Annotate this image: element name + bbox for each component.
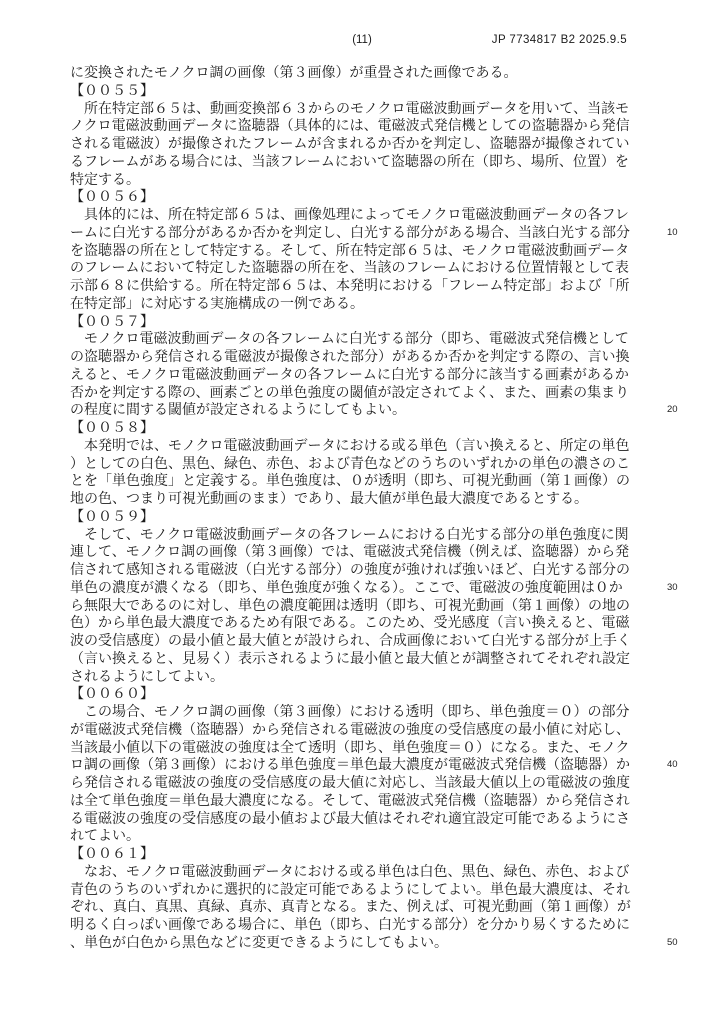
text-line: 色）から単色最大濃度であるため有限である。このため、受光感度（言い換えると、電磁 <box>70 614 646 632</box>
text-line: 明るく白っぽい画像である場合に、単色（即ち、白光する部分）を分かり易くするために <box>70 916 646 934</box>
line-number-marker: 30 <box>667 582 689 594</box>
text-line: される電磁波）が撮像されたフレームが含まれるか否かを判定し、盗聴器が撮像されてい <box>70 135 646 153</box>
text-line: 連して、モノクロ調の画像（第３画像）では、電磁波式発信機（例えば、盗聴器）から発 <box>70 543 646 561</box>
text-line: 在特定部」に対応する実施構成の一例である。 <box>70 295 646 313</box>
text-line: が電磁波式発信機（盗聴器）から発信される電磁波の強度の受信感度の最小値に対応し、 <box>70 721 646 739</box>
text-line: のフレームにおいて特定した盗聴器の所在を、当該のフレームにおける位置情報として表 <box>70 259 646 277</box>
text-line: に変換されたモノクロ調の画像（第３画像）が重畳された画像である。 <box>70 64 646 82</box>
line-number-marker: 20 <box>667 404 689 416</box>
text-line: ）としての白色、黒色、緑色、赤色、および青色などのうちのいずれかの単色の濃さのこ <box>70 455 646 473</box>
text-line: 単色の濃度が濃くなる（即ち、単色強度が強くなる）。ここで、電磁波の強度範囲は０か <box>70 579 646 597</box>
text-line: ームに白光する部分があるか否かを判定し、白光する部分がある場合、当該白光する部分 <box>70 224 646 242</box>
text-line: ぞれ、真白、真黒、真緑、真赤、真青となる。また、例えば、可視光動画（第１画像）が <box>70 898 646 916</box>
text-line: 特定する。 <box>70 171 646 189</box>
text-line: （言い換えると、見易く）表示されるように最小値と最大値とが調整されてそれぞれ設定 <box>70 650 646 668</box>
text-line: なお、モノクロ電磁波動画データにおける或る単色は白色、黒色、緑色、赤色、および <box>70 863 646 881</box>
text-line: 否かを判定する際の、画素ごとの単色強度の閾値が設定されてよく、また、画素の集まり <box>70 384 646 402</box>
text-line: の程度に間する閾値が設定されるようにしてもよい。 <box>70 401 646 419</box>
header-publication-number: JP 7734817 B2 2025.9.5 <box>492 33 627 47</box>
paragraph-number: 【００６０】 <box>70 685 646 703</box>
text-line: この場合、モノクロ調の画像（第３画像）における透明（即ち、単色強度＝０）の部分 <box>70 703 646 721</box>
patent-document-page: (11) JP 7734817 B2 2025.9.5 に変換されたモノクロ調の… <box>0 0 724 1024</box>
text-line: とを「単色強度」と定義する。単色強度は、０が透明（即ち、可視光動画（第１画像）の <box>70 472 646 490</box>
line-number-marker: 40 <box>667 759 689 771</box>
text-line: の盗聴器から発信される電磁波が撮像された部分）があるか否かを判定する際の、言い換 <box>70 348 646 366</box>
body-text: に変換されたモノクロ調の画像（第３画像）が重畳された画像である。【００５５】 所… <box>70 64 646 952</box>
text-line: 具体的には、所在特定部６５は、画像処理によってモノクロ電磁波動画データの各フレ <box>70 206 646 224</box>
text-line: 当該最小値以下の電磁波の強度は全て透明（即ち、単色強度＝０）になる。また、モノク <box>70 739 646 757</box>
text-line: 地の色、つまり可視光動画のまま）であり、最大値が単色最大濃度であるとする。 <box>70 490 646 508</box>
text-line: 示部６８に供給する。所在特定部６５は、本発明における「フレーム特定部」および「所 <box>70 277 646 295</box>
line-number-column: 1020304050 <box>665 0 691 1024</box>
text-line: そして、モノクロ電磁波動画データの各フレームにおける白光する部分の単色強度に関 <box>70 526 646 544</box>
text-line: は全て単色強度＝単色最大濃度になる。そして、電磁波式発信機（盗聴器）から発信され <box>70 792 646 810</box>
text-line: モノクロ電磁波動画データの各フレームに白光する部分（即ち、電磁波式発信機として <box>70 330 646 348</box>
paragraph-number: 【００５５】 <box>70 82 646 100</box>
text-line: 青色のうちのいずれかに選択的に設定可能であるようにしてよい。単色最大濃度は、それ <box>70 881 646 899</box>
paragraph-number: 【００５７】 <box>70 313 646 331</box>
text-line: 所在特定部６５は、動画変換部６３からのモノクロ電磁波動画データを用いて、当該モ <box>70 100 646 118</box>
text-line: ら発信される電磁波の強度の受信感度の最大値に対応し、当該最大値以上の電磁波の強度 <box>70 774 646 792</box>
paragraph-number: 【００５６】 <box>70 188 646 206</box>
text-line: えると、モノクロ電磁波動画データの各フレームに白光する部分に該当する画素があるか <box>70 366 646 384</box>
paragraph-number: 【００５８】 <box>70 419 646 437</box>
paragraph-number: 【００５９】 <box>70 508 646 526</box>
text-line: を盗聴器の所在として特定する。そして、所在特定部６５は、モノクロ電磁波動画データ <box>70 242 646 260</box>
text-line: れてよい。 <box>70 827 646 845</box>
text-line: 信されて感知される電磁波（白光する部分）の強度が強ければ強いほど、白光する部分の <box>70 561 646 579</box>
line-number-marker: 50 <box>667 937 689 949</box>
text-line: ロ調の画像（第３画像）における単色強度＝単色最大濃度が電磁波式発信機（盗聴器）か <box>70 756 646 774</box>
paragraph-number: 【００６１】 <box>70 845 646 863</box>
text-line: 波の受信感度）の最小値と最大値とが設けられ、合成画像において白光する部分が上手く <box>70 632 646 650</box>
text-line: 本発明では、モノクロ電磁波動画データにおける或る単色（言い換えると、所定の単色 <box>70 437 646 455</box>
text-line: る電磁波の強度の受信感度の最小値および最大値はそれぞれ適宜設定可能であるようにさ <box>70 810 646 828</box>
text-line: ノクロ電磁波動画データに盗聴器（具体的には、電磁波式発信機としての盗聴器から発信 <box>70 117 646 135</box>
text-line: るフレームがある場合には、当該フレームにおいて盗聴器の所在（即ち、場所、位置）を <box>70 153 646 171</box>
line-number-marker: 10 <box>667 227 689 239</box>
text-line: ら無限大であるのに対し、単色の濃度範囲は透明（即ち、可視光動画（第１画像）の地の <box>70 597 646 615</box>
text-line: されるようにしてよい。 <box>70 668 646 686</box>
text-line: 、単色が白色から黒色などに変更できるようにしてもよい。 <box>70 934 646 952</box>
